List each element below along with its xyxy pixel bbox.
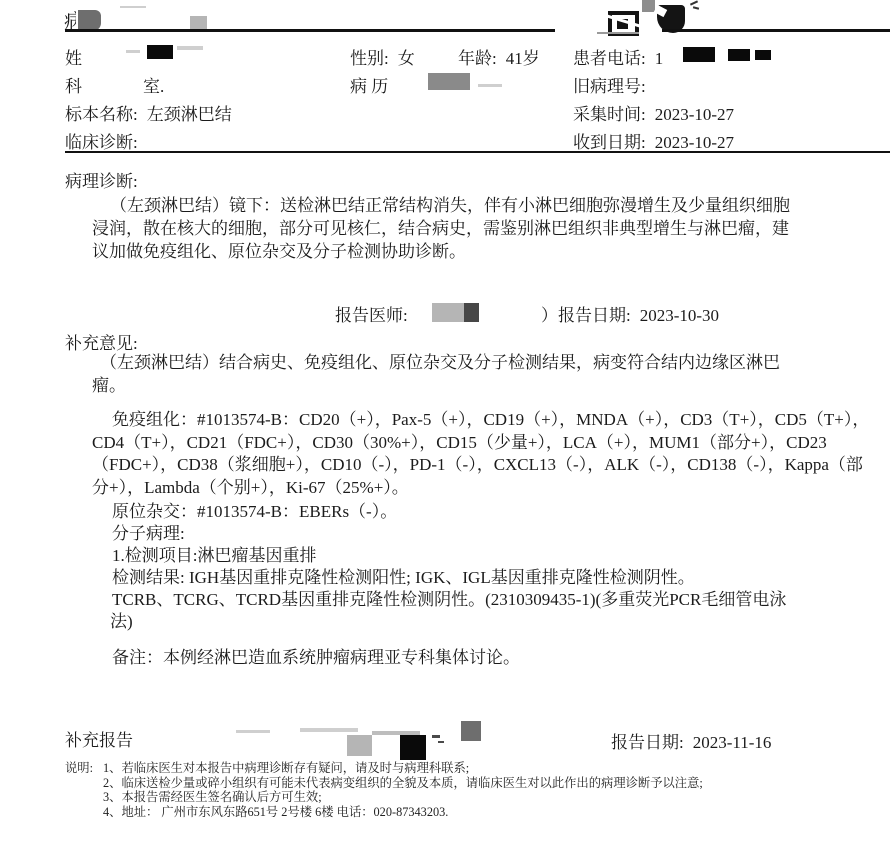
footnotes-label: 说明: bbox=[65, 761, 103, 819]
ihc-results: 免疫组化：#1013574-B：CD20（+），Pax-5（+），CD19（+）… bbox=[92, 409, 877, 499]
supplement-report-date: 报告日期:2023-11-16 bbox=[611, 728, 771, 753]
redaction-block bbox=[347, 735, 372, 756]
redaction-block bbox=[432, 303, 464, 322]
footnote-item: 3、本报告需经医生签名确认后方可生效; bbox=[103, 790, 703, 805]
molecular-title: 分子病理: bbox=[92, 523, 882, 545]
patient-dept-label-left: 科 bbox=[65, 72, 82, 97]
partial-header-glyph: 病 bbox=[64, 5, 76, 31]
redaction-block bbox=[438, 741, 444, 743]
redaction-block bbox=[461, 721, 481, 741]
redaction-block bbox=[683, 47, 715, 62]
pathology-report-page: 病 姓 性别:女 年龄:41岁 患者电话:1 科 室. 病 历 旧病理号: 标本… bbox=[0, 0, 895, 865]
header-divider-rule bbox=[65, 151, 890, 153]
first-report-date: ）报告日期:2023-10-30 bbox=[541, 301, 719, 326]
patient-record-label: 病 历 bbox=[350, 72, 388, 97]
redaction-block bbox=[728, 49, 750, 61]
patient-gender: 性别:女 bbox=[350, 44, 415, 69]
patient-name-label: 姓 bbox=[65, 44, 82, 69]
supplement-conclusion: （左颈淋巴结）结合病史、免疫组化、原位杂交及分子检测结果，病变符合结内边缘区淋巴… bbox=[92, 351, 792, 397]
patient-dept-label-right: 室. bbox=[143, 72, 164, 97]
diagnosis-body: （左颈淋巴结）镜下：送检淋巴结正常结构消失，伴有小淋巴细胞弥漫增生及少量组织细胞… bbox=[92, 194, 792, 263]
collected-time: 采集时间:2023-10-27 bbox=[573, 100, 734, 125]
redaction-block bbox=[400, 735, 426, 760]
supplement-body: （左颈淋巴结）结合病史、免疫组化、原位杂交及分子检测结果，病变符合结内边缘区淋巴… bbox=[92, 351, 882, 669]
diagnosis-title: 病理诊断: bbox=[65, 167, 138, 192]
redaction-block bbox=[464, 303, 479, 322]
case-note: 备注：本例经淋巴造血系统肿瘤病理亚专科集体讨论。 bbox=[92, 647, 882, 669]
footnote-item: 2、临床送检少量或碎小组织有可能未代表病变组织的全貌及本质，请临床医生对以此作出… bbox=[103, 776, 703, 791]
ish-results: 原位杂交：#1013574-B：EBERs（-）。 bbox=[92, 501, 882, 523]
footnote-item: 1、若临床医生对本报告中病理诊断存有疑问，请及时与病理科联系; bbox=[103, 761, 703, 776]
patient-age: 年龄:41岁 bbox=[458, 44, 540, 69]
redaction-block bbox=[147, 45, 173, 59]
redaction-block bbox=[755, 50, 771, 60]
supplement-report-label: 补充报告 bbox=[65, 726, 133, 751]
top-rule-mid bbox=[597, 32, 639, 34]
clinical-diagnosis-label: 临床诊断: bbox=[65, 128, 138, 153]
received-date: 收到日期:2023-10-27 bbox=[573, 128, 734, 153]
report-physician-label: 报告医师: bbox=[335, 301, 408, 326]
redaction-block bbox=[432, 735, 440, 738]
molecular-result-2-line2: 法) bbox=[92, 611, 882, 633]
molecular-result-2-line1: TCRB、TCRG、TCRD基因重排克隆性检测阴性。(2310309435-1)… bbox=[92, 589, 882, 611]
footnotes: 说明: 1、若临床医生对本报告中病理诊断存有疑问，请及时与病理科联系; 2、临床… bbox=[65, 761, 885, 819]
qr-code-icon bbox=[604, 0, 704, 40]
specimen-name: 标本名称:左颈淋巴结 bbox=[65, 100, 232, 125]
molecular-result-1: 检测结果: IGH基因重排克隆性检测阳性; IGK、IGL基因重排克隆性检测阴性… bbox=[92, 567, 882, 589]
old-pathology-label: 旧病理号: bbox=[573, 72, 646, 97]
top-rule-right bbox=[662, 29, 890, 32]
molecular-item: 1.检测项目:淋巴瘤基因重排 bbox=[92, 545, 882, 567]
footnote-item: 4、地址： 广州市东风东路651号 2号楼 6楼 电话：020-87343203… bbox=[103, 805, 703, 820]
redaction-block bbox=[78, 10, 101, 31]
top-rule-left bbox=[65, 29, 555, 32]
patient-phone: 患者电话:1 bbox=[573, 44, 663, 69]
redaction-block bbox=[428, 73, 470, 90]
